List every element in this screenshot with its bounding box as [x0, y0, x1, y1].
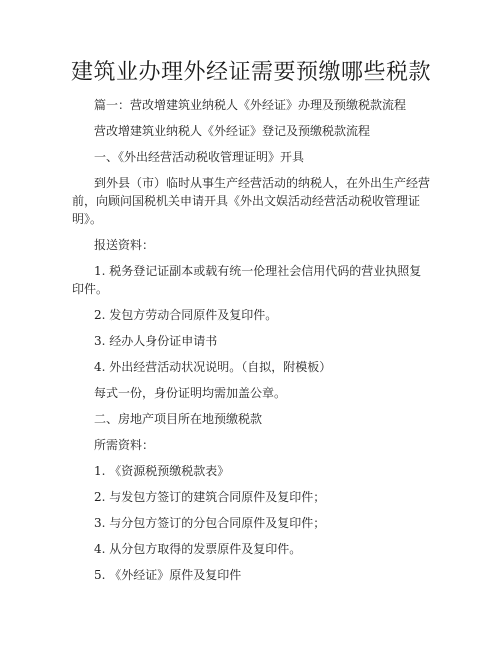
- list-item: 5. 《外经证》原件及复印件: [94, 566, 241, 584]
- paragraph-note: 每式一份，身份证明均需加盖公章。: [94, 384, 286, 402]
- paragraph-materials-label: 报送资料：: [94, 236, 154, 254]
- list-item: 1. 《资源税预缴税款表》: [94, 462, 229, 480]
- document-title: 建筑业办理外经证需要预缴哪些税款: [0, 58, 502, 88]
- list-item: 2. 发包方劳动合同原件及复印件。: [94, 306, 277, 324]
- section-heading-1: 一、《外出经营活动税收管理证明》开具: [94, 148, 304, 166]
- list-item: 1. 税务登记证副本或载有统一伦理社会信用代码的营业执照复印件。: [72, 262, 432, 298]
- list-item: 4. 外出经营活动状况说明。（自拟，附模板）: [94, 358, 331, 376]
- paragraph-body: 到外县（市）临时从事生产经营活动的纳税人，在外出生产经营前，向顾问国税机关申请开…: [72, 174, 432, 228]
- paragraph-subtitle: 篇一：营改增建筑业纳税人《外经证》办理及预缴税款流程: [94, 96, 406, 114]
- list-item: 3. 与分包方签订的分包合同原件及复印件；: [94, 514, 325, 532]
- list-item: 3. 经办人身份证申请书: [94, 332, 217, 350]
- list-item: 2. 与发包方签订的建筑合同原件及复印件；: [94, 488, 325, 506]
- section-heading-2: 二、房地产项目所在地预缴税款: [94, 410, 262, 428]
- list-item: 4. 从分包方取得的发票原件及复印件。: [94, 540, 301, 558]
- paragraph-heading: 营改增建筑业纳税人《外经证》登记及预缴税款流程: [94, 122, 370, 140]
- paragraph-materials-label: 所需资料：: [94, 436, 154, 454]
